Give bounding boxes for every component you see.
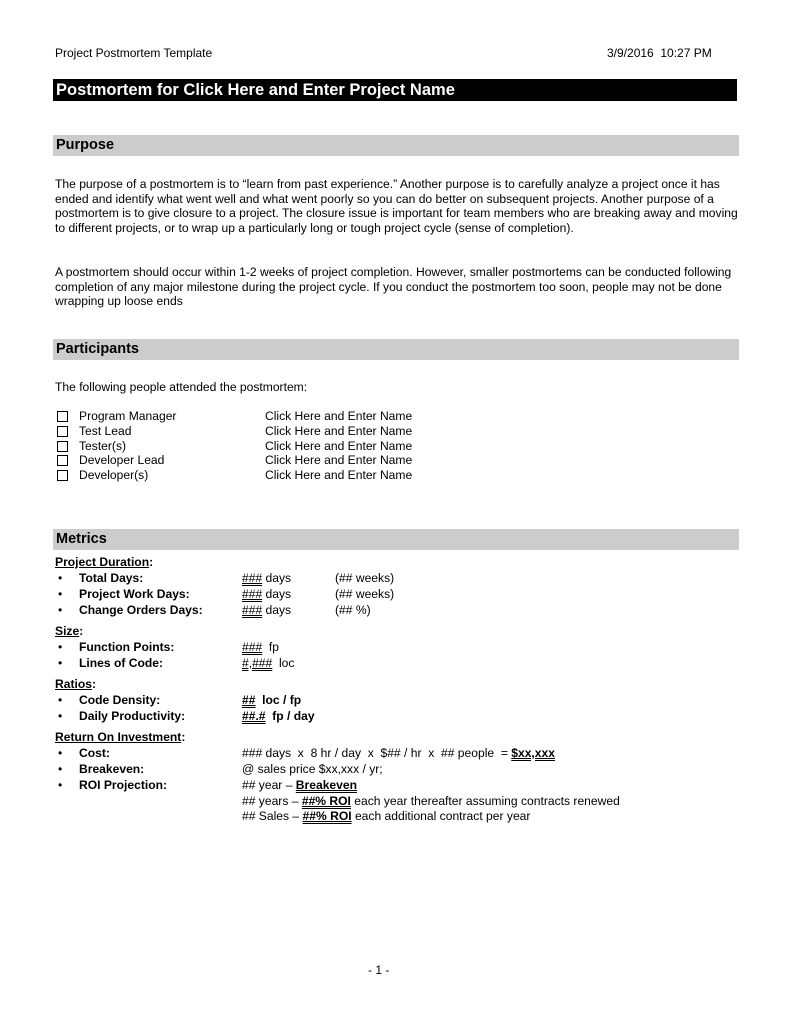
bullet-icon: •	[58, 778, 62, 792]
participant-role: Tester(s)	[79, 439, 126, 454]
bullet-icon: •	[58, 746, 62, 760]
metric-value[interactable]: ## years – ##% ROI each year thereafter …	[242, 794, 620, 808]
participants-intro: The following people attended the postmo…	[55, 380, 745, 395]
participant-role: Program Manager	[79, 409, 176, 424]
participant-row: Developer(s) Click Here and Enter Name	[57, 468, 507, 483]
bullet-icon: •	[58, 762, 62, 776]
metric-label: Change Orders Days:	[79, 603, 203, 617]
metric-label: ROI Projection:	[79, 778, 167, 792]
metric-label: Lines of Code:	[79, 656, 163, 670]
metric-extra: (## %)	[335, 603, 371, 617]
bullet-icon: •	[58, 640, 62, 654]
page-title[interactable]: Postmortem for Click Here and Enter Proj…	[53, 79, 737, 101]
metric-value[interactable]: ## year – Breakeven	[242, 778, 357, 792]
metric-label: Breakeven:	[79, 762, 144, 776]
bullet-icon: •	[58, 656, 62, 670]
participant-row: Test Lead Click Here and Enter Name	[57, 424, 507, 439]
metric-label: Daily Productivity:	[79, 709, 185, 723]
participant-row: Tester(s) Click Here and Enter Name	[57, 439, 507, 454]
metric-value[interactable]: ## loc / fp	[242, 693, 301, 707]
bullet-icon: •	[58, 571, 62, 585]
metric-extra: (## weeks)	[335, 587, 394, 601]
purpose-paragraph-2: A postmortem should occur within 1-2 wee…	[55, 265, 745, 309]
participant-role: Developer(s)	[79, 468, 148, 483]
metric-label: Project Work Days:	[79, 587, 190, 601]
metric-label: Cost:	[79, 746, 110, 760]
metric-value[interactable]: ### days x 8 hr / day x $## / hr x ## pe…	[242, 746, 555, 760]
metric-value[interactable]: @ sales price $xx,xxx / yr;	[242, 762, 383, 776]
metric-label: Code Density:	[79, 693, 160, 707]
section-heading-metrics: Metrics	[53, 529, 739, 550]
participant-checkbox[interactable]	[57, 426, 68, 437]
participant-checkbox[interactable]	[57, 411, 68, 422]
bullet-icon: •	[58, 709, 62, 723]
page-number: - 1 -	[368, 963, 389, 977]
metric-value[interactable]: ### days	[242, 571, 291, 585]
metric-label: Total Days:	[79, 571, 143, 585]
subheading-return-on-investment: Return On Investment:	[55, 730, 185, 744]
metric-value[interactable]: ### fp	[242, 640, 279, 654]
subheading-project-duration: Project Duration:	[55, 555, 153, 569]
section-heading-participants: Participants	[53, 339, 739, 360]
metric-value[interactable]: #,### loc	[242, 656, 294, 670]
subheading-size: Size:	[55, 624, 83, 638]
participant-checkbox[interactable]	[57, 455, 68, 466]
participant-name-field[interactable]: Click Here and Enter Name	[265, 424, 412, 439]
participant-row: Developer Lead Click Here and Enter Name	[57, 453, 507, 468]
bullet-icon: •	[58, 693, 62, 707]
participant-name-field[interactable]: Click Here and Enter Name	[265, 409, 412, 424]
metric-label: Function Points:	[79, 640, 174, 654]
participant-name-field[interactable]: Click Here and Enter Name	[265, 439, 412, 454]
participant-row: Program Manager Click Here and Enter Nam…	[57, 409, 507, 424]
participant-checkbox[interactable]	[57, 441, 68, 452]
participants-list: Program Manager Click Here and Enter Nam…	[57, 409, 507, 483]
metric-extra: (## weeks)	[335, 571, 394, 585]
metric-value[interactable]: ## Sales – ##% ROI each additional contr…	[242, 809, 530, 823]
participant-role: Developer Lead	[79, 453, 164, 468]
participant-checkbox[interactable]	[57, 470, 68, 481]
document-header-timestamp: 3/9/2016 10:27 PM	[607, 46, 712, 60]
purpose-paragraph-1: The purpose of a postmortem is to “learn…	[55, 177, 745, 235]
metric-value[interactable]: ### days	[242, 603, 291, 617]
participant-name-field[interactable]: Click Here and Enter Name	[265, 453, 412, 468]
metric-value[interactable]: ### days	[242, 587, 291, 601]
section-heading-purpose: Purpose	[53, 135, 739, 156]
bullet-icon: •	[58, 587, 62, 601]
metric-value[interactable]: ##.# fp / day	[242, 709, 315, 723]
bullet-icon: •	[58, 603, 62, 617]
document-header-title: Project Postmortem Template	[55, 46, 212, 60]
participant-name-field[interactable]: Click Here and Enter Name	[265, 468, 412, 483]
participant-role: Test Lead	[79, 424, 131, 439]
subheading-ratios: Ratios:	[55, 677, 96, 691]
